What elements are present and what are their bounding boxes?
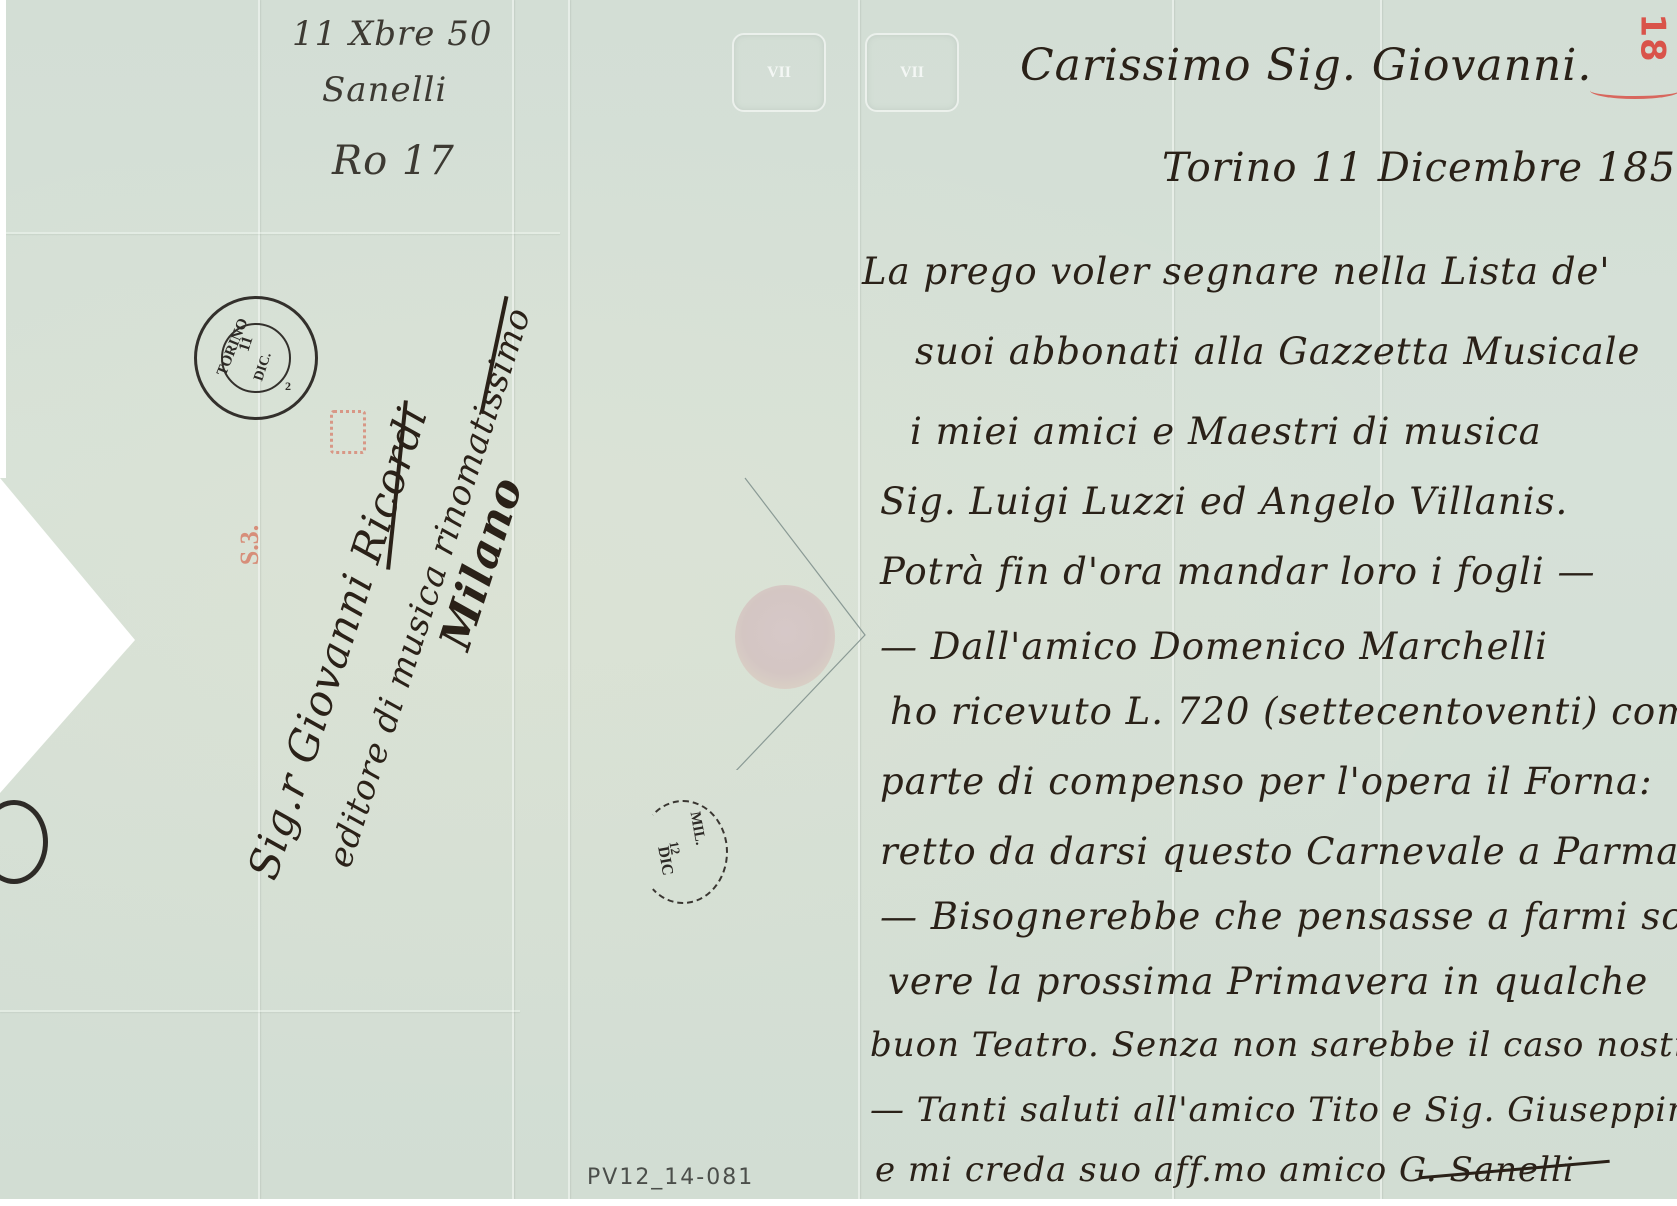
red-rate-mark: S.3. xyxy=(235,525,265,565)
fold-line xyxy=(512,0,514,1199)
dateline: Torino 11 Dicembre 1850 xyxy=(1162,145,1677,191)
docket-date: 11 Xbre 50 xyxy=(292,14,493,54)
red-mark-box xyxy=(330,410,366,454)
letter-line: — Bisognerebbe che pensasse a farmi scri… xyxy=(880,895,1677,938)
salutation: Carissimo Sig. Giovanni. xyxy=(1020,40,1592,91)
letter-line: La prego voler segnare nella Lista de' xyxy=(862,250,1611,293)
postmark-city: MIL. xyxy=(686,810,709,846)
letter-line: ho ricevuto L. 720 (settecentoventi) com… xyxy=(890,690,1677,733)
flap-outline xyxy=(720,470,870,770)
fold-line xyxy=(0,1010,520,1012)
partial-postmark xyxy=(0,800,48,884)
letter-line: retto da darsi questo Carnevale a Parma. xyxy=(880,830,1677,873)
fold-line xyxy=(258,0,260,1199)
letter-line: suoi abbonati alla Gazzetta Musicale xyxy=(915,330,1640,373)
letter-line: — Tanti saluti all'amico Tito e Sig. Giu… xyxy=(870,1090,1677,1130)
letter-sheet: 11 Xbre 50 Sanelli Ro 17 VII VII 18 Cari… xyxy=(0,0,1677,1199)
docket-reference: Ro 17 xyxy=(332,138,455,184)
letter-line: — Dall'amico Domenico Marchelli xyxy=(880,625,1548,668)
embossed-stamp: VII xyxy=(732,33,826,112)
letter-line: parte di compenso per l'opera il Forna: xyxy=(880,760,1653,803)
folio-number: 18 xyxy=(1633,13,1673,62)
fold-line xyxy=(0,232,560,234)
torino-postmark: TORINO 11 DIC. 2 xyxy=(194,296,318,420)
letter-line: i miei amici e Maestri di musica xyxy=(910,410,1542,453)
embossed-stamp: VII xyxy=(865,33,959,112)
letter-line: vere la prossima Primavera in qualche xyxy=(888,960,1648,1003)
docket-name: Sanelli xyxy=(322,70,447,110)
letter-line: Potrà fin d'ora mandar loro i fogli — xyxy=(880,550,1595,593)
fold-line xyxy=(568,0,570,1199)
letter-line: buon Teatro. Senza non sarebbe il caso n… xyxy=(870,1025,1677,1065)
postmark-mark: 2 xyxy=(285,379,291,394)
archive-label: PV12_14-081 xyxy=(587,1165,754,1190)
letter-line: Sig. Luigi Luzzi ed Angelo Villanis. xyxy=(880,480,1568,523)
milano-postmark: MIL. 12 DIC xyxy=(638,800,728,904)
letter-signature-line: e mi creda suo aff.mo amico G. Sanelli xyxy=(875,1150,1575,1190)
folio-underline xyxy=(1590,82,1677,99)
